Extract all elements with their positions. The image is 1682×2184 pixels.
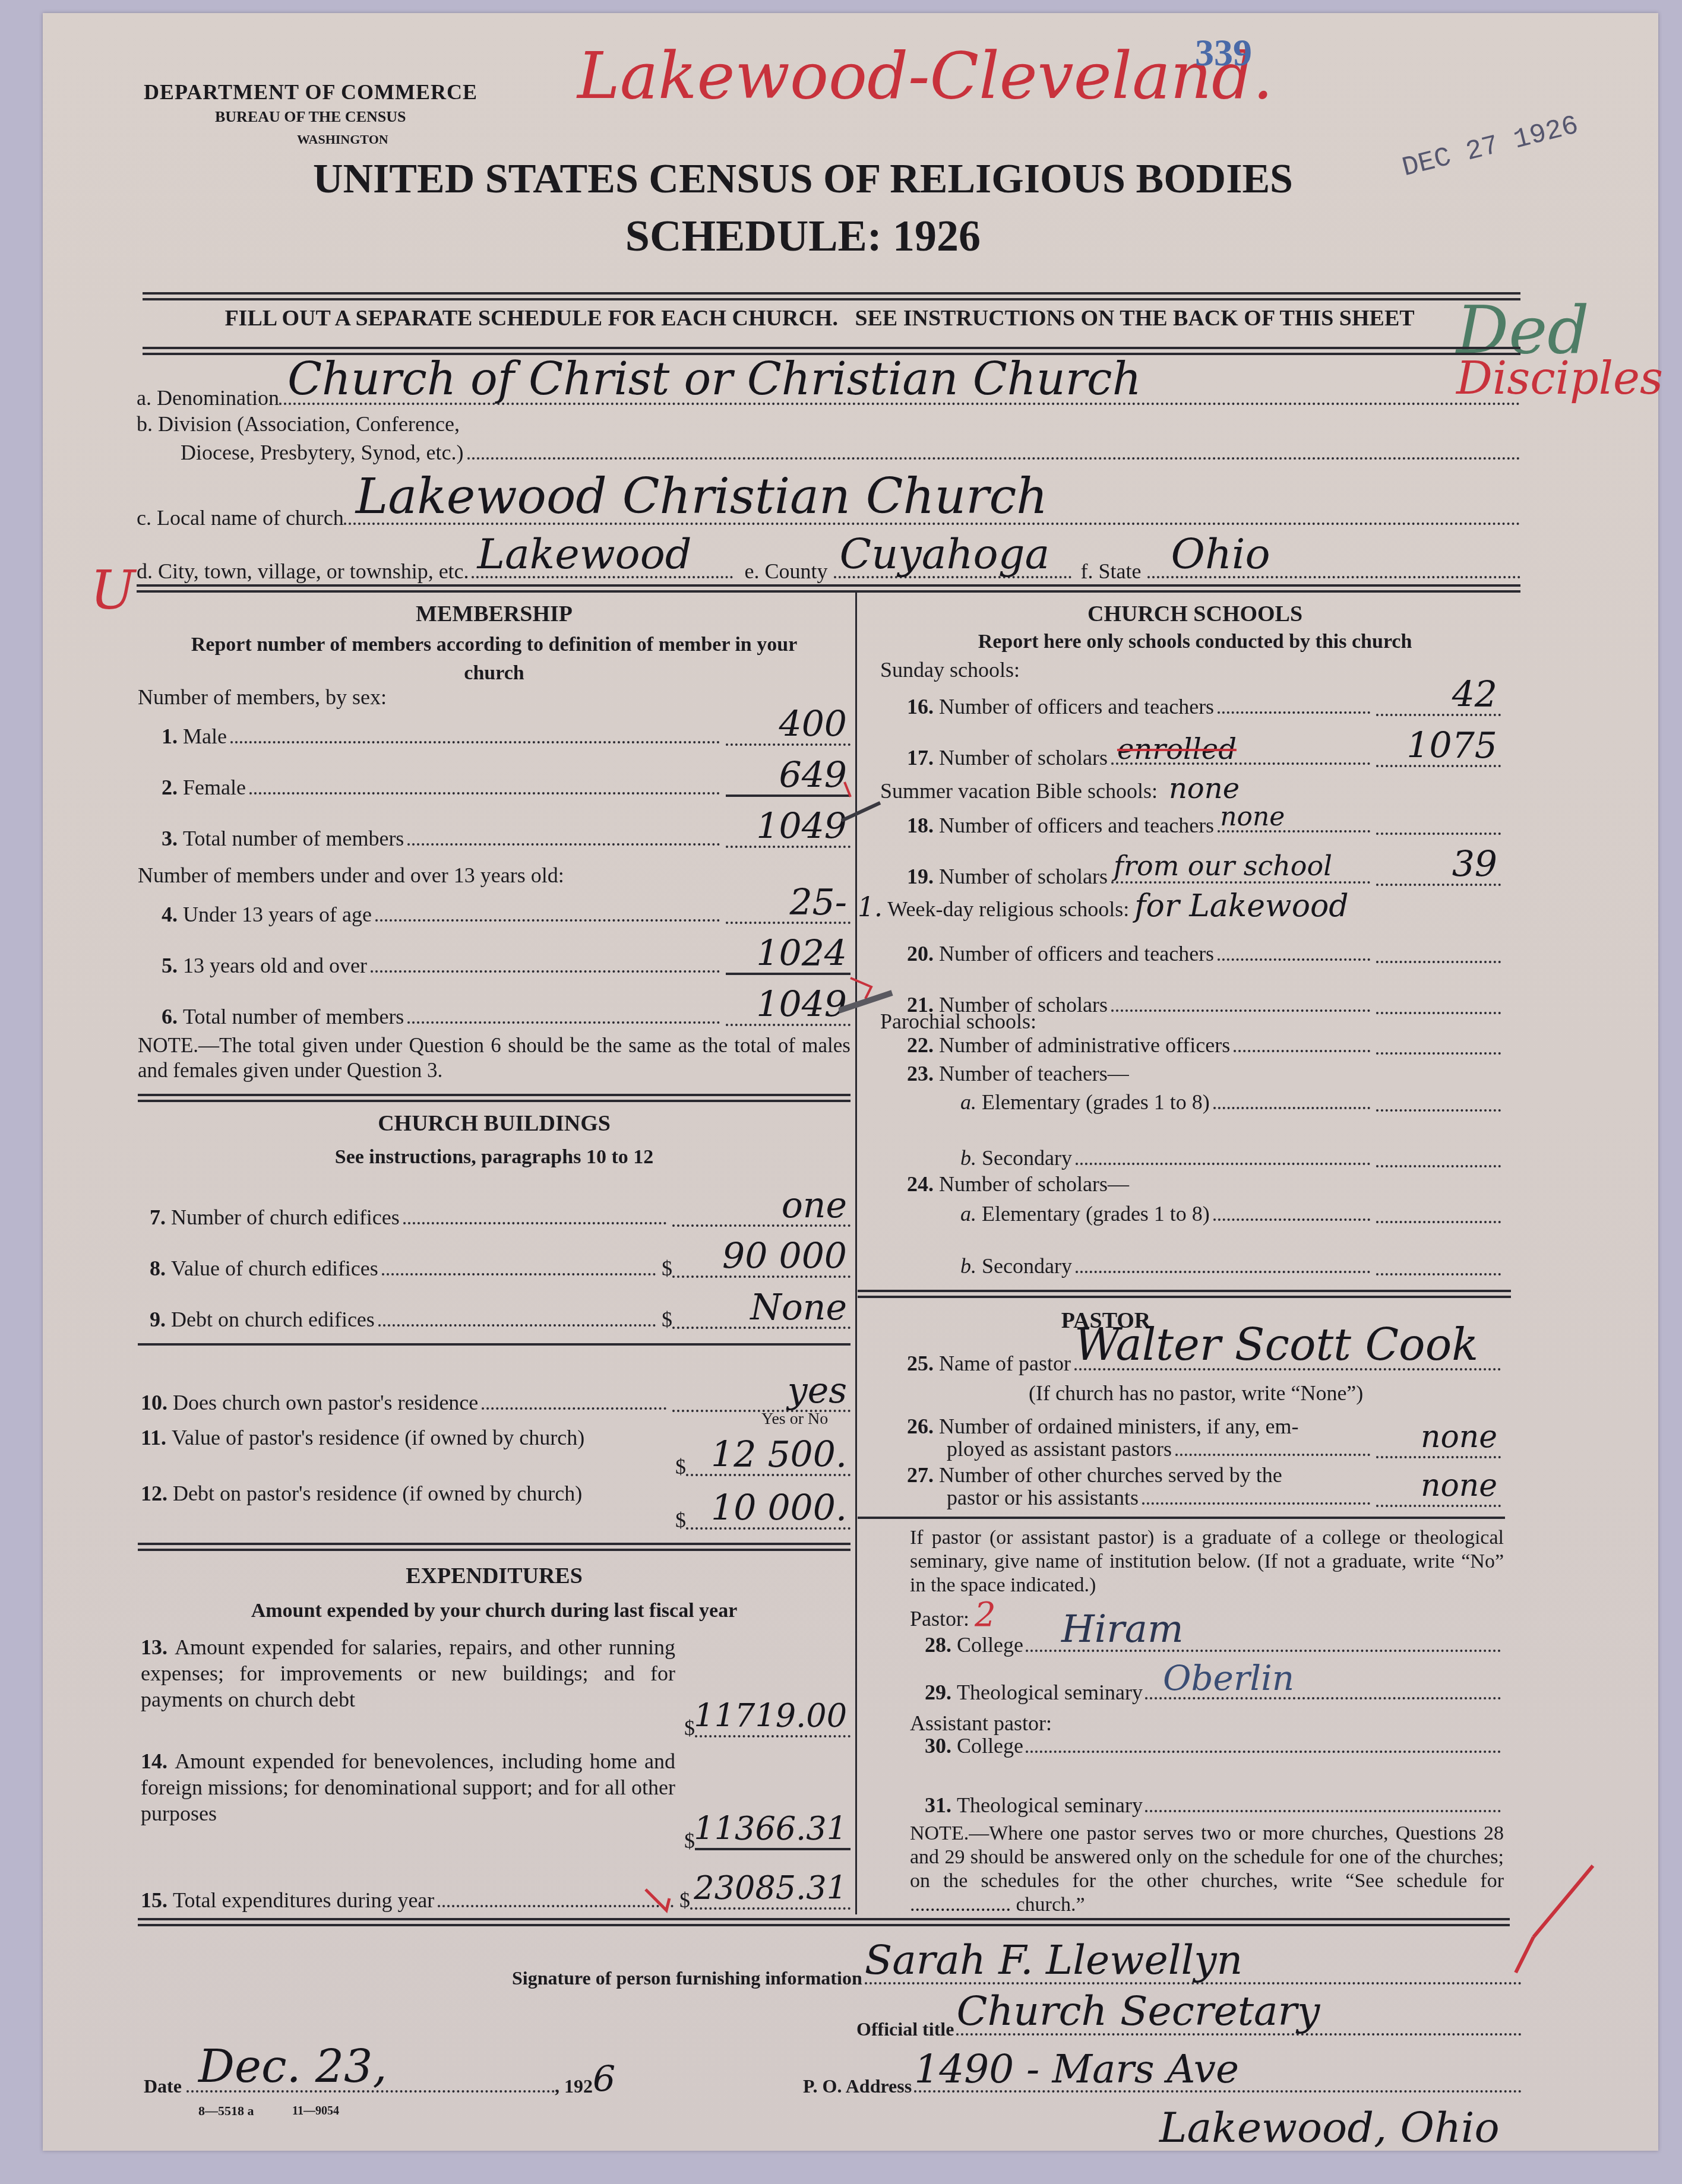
item-label: Elementary (grades 1 to 8) xyxy=(982,1201,1210,1227)
item-label: Debt on pastor's residence (if owned by … xyxy=(173,1482,582,1505)
running-expenses-field[interactable]: 11719.00 xyxy=(695,1709,851,1737)
edifices-debt-value: None xyxy=(750,1290,847,1325)
item-label: Value of pastor's residence (if owned by… xyxy=(172,1426,584,1449)
school-row-23a: a. Elementary (grades 1 to 8) xyxy=(960,1080,1501,1115)
school-row-17: 17. Number of scholars enrolled 1075 xyxy=(907,723,1501,771)
division-label-2: Diocese, Presbytery, Synod, etc.) xyxy=(181,439,464,466)
item-number: 18. xyxy=(907,812,934,838)
item-number: 24. xyxy=(907,1172,934,1196)
item-label: Secondary xyxy=(982,1253,1072,1279)
check-mark-icon xyxy=(839,779,892,827)
divider xyxy=(138,1343,851,1346)
po-address-field[interactable]: 1490 - Mars Ave xyxy=(914,2043,1522,2093)
school-row-18: 18. Number of officers and teachers none xyxy=(907,791,1501,838)
pastor-seminary-value: Oberlin xyxy=(1163,1659,1294,1697)
item-number: 1. xyxy=(162,723,178,749)
item-number: 12. xyxy=(141,1482,167,1505)
official-title-row: Official title Church Secretary xyxy=(856,1993,1522,2040)
item-number: 7. xyxy=(150,1204,166,1230)
leader-dots xyxy=(438,1905,674,1907)
item-number: 5. xyxy=(162,952,178,979)
department-label: DEPARTMENT OF COMMERCE xyxy=(144,80,478,105)
item-number: 4. xyxy=(162,901,178,928)
item-number: 31. xyxy=(925,1792,951,1818)
building-row-debt: 9. Debt on church edifices $ None xyxy=(150,1285,851,1332)
item-label: Elementary (grades 1 to 8) xyxy=(982,1089,1210,1115)
expenditures-title: EXPENDITURES xyxy=(138,1563,851,1589)
local-name-row: c. Local name of church Lakewood Christi… xyxy=(137,466,1520,531)
item-label: pastor or his assistants xyxy=(947,1485,1139,1511)
leader-dots xyxy=(378,1324,656,1327)
residence-debt-row: $ 10 000. xyxy=(675,1498,851,1533)
member-row-total: 3. Total number of members 1049 xyxy=(162,804,851,852)
leader-dots xyxy=(1076,1163,1370,1165)
under-13-value: 25- xyxy=(789,885,847,920)
parochial-scholars-elementary-field[interactable] xyxy=(1376,1195,1501,1223)
bureau-label: BUREAU OF THE CENSUS xyxy=(215,108,406,126)
edifices-count-value: one xyxy=(782,1188,847,1223)
female-count-field[interactable]: 649 xyxy=(726,768,851,797)
leader-dots xyxy=(1142,1502,1370,1505)
total-members-field[interactable]: 1049 xyxy=(726,819,851,848)
weekday-officers-field[interactable] xyxy=(1376,935,1501,963)
member-row-13-and-over: 5. 13 years old and over 1024 xyxy=(162,931,851,979)
parochial-admin-field[interactable] xyxy=(1376,1026,1501,1055)
red-check-icon xyxy=(643,1884,690,1919)
item-number: 13. xyxy=(141,1635,167,1659)
q26-row: ployed as assistant pastors none xyxy=(947,1426,1501,1462)
male-count-field[interactable]: 400 xyxy=(726,717,851,746)
female-count-value: 649 xyxy=(779,758,847,793)
school-row-20: 20. Number of officers and teachers xyxy=(907,919,1501,967)
edifices-debt-field[interactable]: None xyxy=(672,1300,851,1329)
leader-dots xyxy=(482,1407,666,1410)
building-row-edifices: 7. Number of church edifices one xyxy=(150,1183,851,1230)
item-label: Male xyxy=(183,723,227,749)
item-number: 19. xyxy=(907,863,934,890)
leader-dots xyxy=(230,741,720,743)
item-number: 10. xyxy=(141,1389,167,1416)
expense-13-label: 13. Amount expended for salaries, repair… xyxy=(141,1634,675,1713)
item-number: 17. xyxy=(907,745,934,771)
leader-dots xyxy=(1175,1454,1370,1456)
item-number: 15. xyxy=(141,1887,167,1913)
local-name-value: Lakewood Christian Church xyxy=(356,471,1048,523)
item-label: Value of church edifices xyxy=(171,1255,378,1281)
leader-dots xyxy=(1218,958,1370,961)
member-row-total-2: 6. Total number of members 1049 xyxy=(162,982,851,1030)
item-label: Number of scholars xyxy=(939,745,1108,771)
church-schools-title: CHURCH SCHOOLS xyxy=(868,601,1522,627)
city-value: Lakewood xyxy=(478,532,692,576)
pastor-note: NOTE.—Where one pastor serves two or mor… xyxy=(910,1822,1504,1917)
building-row-owns-residence: 10. Does church own pastor's residence y… xyxy=(141,1368,851,1416)
leader-dots xyxy=(1234,1050,1370,1052)
item-label: College xyxy=(957,1632,1023,1658)
state-label: f. State xyxy=(1081,558,1142,584)
membership-note: NOTE.—The total given under Question 6 s… xyxy=(138,1033,851,1083)
item-label: Theological seminary xyxy=(957,1792,1143,1818)
item-label: Female xyxy=(183,774,246,800)
item-label: Theological seminary xyxy=(957,1679,1143,1705)
po-address-label: P. O. Address xyxy=(803,2075,912,2097)
membership-subtitle: Report number of members according to de… xyxy=(167,631,821,688)
form-number: 8—5518 a xyxy=(198,2103,254,2119)
item-label: Secondary xyxy=(982,1145,1072,1171)
item-label: Number of scholars xyxy=(939,863,1108,890)
summer-scholars-value: 39 xyxy=(1452,847,1497,882)
edifices-value-field[interactable]: 90 000 xyxy=(672,1249,851,1278)
weekday-scholars-field[interactable] xyxy=(1376,986,1501,1014)
school-row-24a: a. Elementary (grades 1 to 8) xyxy=(960,1191,1501,1227)
red-disciples-note: Disciples xyxy=(1456,352,1663,404)
leader-dots xyxy=(375,919,720,922)
church-schools-subtitle: Report here only schools conducted by th… xyxy=(868,631,1522,653)
item-number: 20. xyxy=(907,941,934,967)
dollar-sign: $ xyxy=(684,1828,695,1854)
member-row-under13: 4. Under 13 years of age 25- xyxy=(162,880,851,928)
pastor-name-field[interactable]: Walter Scott Cook xyxy=(1074,1327,1501,1370)
parochial-scholars-secondary-field[interactable] xyxy=(1376,1247,1501,1275)
no-pastor-hint: (If church has no pastor, write “None”) xyxy=(1029,1380,1363,1406)
received-date-stamp: DEC 27 1926 xyxy=(1399,110,1582,183)
denomination-label: a. Denomination xyxy=(137,385,279,411)
pastor-college-field[interactable]: Hiram xyxy=(1026,1614,1501,1652)
total-members-value: 1049 xyxy=(756,809,847,844)
dollar-sign: $ xyxy=(662,1255,672,1281)
residence-debt-value: 10 000. xyxy=(711,1490,847,1526)
benevolences-value: 11366.31 xyxy=(694,1811,847,1847)
state-value: Ohio xyxy=(1171,532,1270,576)
over-13-value: 1024 xyxy=(756,936,847,971)
item-label: 13 years old and over xyxy=(183,952,367,979)
running-expenses-value: 11719.00 xyxy=(694,1698,847,1734)
dollar-sign: $ xyxy=(662,1306,672,1332)
item-number: 14. xyxy=(141,1749,167,1773)
building-row-value: 8. Value of church edifices $ 90 000 xyxy=(150,1234,851,1281)
item-label: Total expenditures during year xyxy=(173,1887,434,1913)
school-row-24b: b. Secondary xyxy=(960,1243,1501,1279)
leader-dots xyxy=(407,843,720,846)
from-our-school-note: from our school xyxy=(1114,853,1332,879)
division-row: Diocese, Presbytery, Synod, etc.) xyxy=(181,436,1520,466)
signature-row: Signature of person furnishing informati… xyxy=(512,1942,1522,1989)
struck-enrolled-note: enrolled xyxy=(1117,736,1237,762)
weekday-schools-label: 1. Week-day religious schools: for Lakew… xyxy=(858,893,1349,922)
total-expenditures-field[interactable]: 23085.31 xyxy=(690,1881,851,1910)
dollar-sign: $ xyxy=(675,1454,686,1480)
denomination-value: Church of Christ or Christian Church xyxy=(287,355,1142,403)
member-row-male: 1. Male 400 xyxy=(162,702,851,749)
item-number: b. xyxy=(960,1253,976,1279)
item-number: 29. xyxy=(925,1679,951,1705)
leader-dots xyxy=(1213,1218,1370,1221)
item-number: 25. xyxy=(907,1350,934,1376)
date-field[interactable]: Dec. 23, xyxy=(186,2043,555,2093)
print-number: 11—9054 xyxy=(292,2104,339,2118)
expense-15-row: 15. Total expenditures during year $ 230… xyxy=(141,1872,851,1913)
sunday-officers-field[interactable]: 42 xyxy=(1376,688,1501,716)
leader-dots: enrolled xyxy=(1111,762,1370,765)
item-label: Number of officers and teachers xyxy=(939,812,1214,838)
county-value: Cuyahoga xyxy=(840,532,1050,576)
school-row-16: 16. Number of officers and teachers 42 xyxy=(907,672,1501,720)
date-year-prefix: , 192 xyxy=(555,2075,593,2097)
item-number: 22. xyxy=(907,1032,934,1058)
sunday-scholars-field[interactable]: 1075 xyxy=(1376,739,1501,767)
item-number: 3. xyxy=(162,825,178,852)
po-address-value: 1490 - Mars Ave xyxy=(914,2049,1239,2090)
school-row-19: 19. Number of scholars from our school 3… xyxy=(907,842,1501,890)
county-field[interactable]: Cuyahoga xyxy=(834,540,1071,578)
address-line-2: Lakewood, Ohio xyxy=(1159,2103,1500,2152)
q28-row: 28. College Hiram xyxy=(925,1616,1501,1658)
official-title-label: Official title xyxy=(856,2018,954,2040)
date-year-suffix[interactable]: 6 xyxy=(593,2062,615,2097)
red-margin-mark: U xyxy=(90,559,135,622)
none-note: none xyxy=(1220,804,1285,830)
parochial-teachers-secondary-field[interactable] xyxy=(1376,1139,1501,1167)
q27-row: pastor or his assistants none xyxy=(947,1475,1501,1511)
leader-dots xyxy=(403,1222,666,1224)
other-churches-field[interactable]: none xyxy=(1376,1479,1501,1507)
for-lakewood-note: for Lakewood xyxy=(1134,888,1348,924)
county-label: e. County xyxy=(745,558,828,584)
expense-14-label: 14. Amount expended for benevolences, in… xyxy=(141,1748,675,1827)
leader-dots xyxy=(1218,711,1370,714)
red-check-icon xyxy=(1510,1860,1599,1990)
edifices-count-field[interactable]: one xyxy=(672,1198,851,1227)
pastor-seminary-field[interactable]: Oberlin xyxy=(1145,1661,1501,1699)
item-number: 30. xyxy=(925,1733,951,1759)
washington-label: WASHINGTON xyxy=(297,132,388,147)
divider xyxy=(138,1094,851,1102)
blue-file-number: 339 xyxy=(1195,31,1252,75)
denomination-field[interactable]: Church of Christ or Christian Church xyxy=(279,403,1520,405)
item-number: 9. xyxy=(150,1306,166,1332)
signature-label: Signature of person furnishing informati… xyxy=(512,1967,862,1989)
item-number: 8. xyxy=(150,1255,166,1281)
weekday-margin-mark: 1. xyxy=(858,892,883,923)
division-field[interactable] xyxy=(467,439,1520,460)
date-label: Date xyxy=(144,2075,182,2097)
signature-field[interactable]: Sarah F. Llewellyn xyxy=(865,1941,1522,1984)
member-row-female: 2. Female 649 xyxy=(162,753,851,800)
schedule-year: SCHEDULE: 1926 xyxy=(280,211,1326,262)
leader-dots xyxy=(1076,1271,1370,1273)
local-name-label: c. Local name of church xyxy=(137,505,344,531)
pastor-college-value: Hiram xyxy=(1061,1609,1184,1650)
leader-dots xyxy=(1213,1107,1370,1109)
residence-debt-field[interactable]: 10 000. xyxy=(686,1501,851,1530)
denomination-row: a. Denomination Church of Christ or Chri… xyxy=(137,352,1520,411)
leader-dots xyxy=(407,1021,720,1024)
parochial-teachers-elementary-field[interactable] xyxy=(1376,1083,1501,1112)
assistant-ministers-value: none xyxy=(1421,1419,1497,1455)
date-row: Date Dec. 23, , 192 6 xyxy=(144,2044,726,2097)
item-number: a. xyxy=(960,1201,976,1227)
item-number: 16. xyxy=(907,694,934,720)
item-label: College xyxy=(957,1733,1023,1759)
expenditures-subtitle: Amount expended by your church during la… xyxy=(138,1600,851,1622)
residence-value-value: 12 500. xyxy=(711,1437,847,1473)
weekday-label-text: Week-day religious schools: xyxy=(887,897,1129,921)
address-row: P. O. Address 1490 - Mars Ave xyxy=(803,2044,1522,2097)
item-number: 11. xyxy=(141,1426,166,1449)
dollar-sign: $ xyxy=(684,1715,695,1741)
leader-dots xyxy=(382,1273,656,1275)
q31-row: 31. Theological seminary xyxy=(925,1783,1501,1818)
form-title: UNITED STATES CENSUS OF RELIGIOUS BODIES xyxy=(280,156,1326,203)
owns-residence-value: yes xyxy=(788,1373,847,1408)
membership-title: MEMBERSHIP xyxy=(138,601,851,627)
item-label: Number of administrative officers xyxy=(939,1032,1230,1058)
item-label: Number of officers and teachers xyxy=(939,941,1214,967)
instruction-banner: FILL OUT A SEPARATE SCHEDULE FOR EACH CH… xyxy=(143,305,1497,331)
buildings-title: CHURCH BUILDINGS xyxy=(138,1110,851,1137)
check-mark-icon xyxy=(839,975,904,1023)
other-churches-value: none xyxy=(1421,1468,1497,1504)
local-name-field[interactable]: Lakewood Christian Church xyxy=(344,523,1520,525)
red-location-annotation: Lakewood-Cleveland. xyxy=(577,44,1273,109)
leader-dots: from our school xyxy=(1111,881,1370,884)
residence-value-field[interactable]: 12 500. xyxy=(686,1448,851,1476)
official-title-field[interactable]: Church Secretary xyxy=(956,1992,1522,2036)
school-row-22: 22. Number of administrative officers xyxy=(907,1023,1501,1058)
date-value: Dec. 23, xyxy=(198,2043,387,2090)
under-13-field[interactable]: 25- xyxy=(726,895,851,924)
total-expenditures-value: 23085.31 xyxy=(694,1870,847,1906)
q29-row: 29. Theological seminary Oberlin xyxy=(925,1658,1501,1705)
item-label: Number of officers and teachers xyxy=(939,694,1214,720)
residence-value-row: $ 12 500. xyxy=(675,1444,851,1480)
sunday-officers-value: 42 xyxy=(1452,677,1497,713)
location-row: d. City, town, village, or township, etc… xyxy=(137,531,1520,584)
item-number: 2. xyxy=(162,774,178,800)
item-number: 26. xyxy=(907,1414,934,1438)
summer-officers-field[interactable] xyxy=(1376,806,1501,835)
benevolences-field[interactable]: 11366.31 xyxy=(695,1822,851,1850)
item-label: Amount expended for salaries, repairs, a… xyxy=(141,1635,675,1711)
expense-13-row: $ 11719.00 xyxy=(684,1705,851,1741)
divider xyxy=(143,292,1520,300)
item-label: Number of church edifices xyxy=(171,1204,400,1230)
official-title-value: Church Secretary xyxy=(956,1990,1320,2033)
assistant-college-field[interactable] xyxy=(1026,1727,1501,1753)
q30-row: 30. College xyxy=(925,1723,1501,1759)
divider xyxy=(138,1918,1510,1926)
edifices-value-value: 90 000 xyxy=(722,1239,847,1274)
city-label: d. City, town, village, or township, etc… xyxy=(137,558,469,584)
leader-dots xyxy=(249,792,720,795)
total-members-2-value: 1049 xyxy=(756,987,847,1023)
item-number: 28. xyxy=(925,1632,951,1658)
owns-residence-field[interactable]: yes xyxy=(672,1384,851,1412)
divider xyxy=(138,1543,851,1551)
school-row-23b: b. Secondary xyxy=(960,1135,1501,1171)
city-field[interactable]: Lakewood xyxy=(472,540,733,578)
expense-14-row: $ 11366.31 xyxy=(684,1818,851,1854)
divider xyxy=(858,1517,1505,1519)
item-number: 27. xyxy=(907,1463,934,1487)
summer-scholars-field[interactable]: 39 xyxy=(1376,857,1501,886)
sunday-scholars-value: 1075 xyxy=(1406,728,1497,764)
residence-debt-label: 12. Debt on pastor's residence (if owned… xyxy=(141,1480,681,1507)
residence-value-label: 11. Value of pastor's residence (if owne… xyxy=(141,1424,681,1451)
item-number: a. xyxy=(960,1089,976,1115)
pastor-name-value: Walter Scott Cook xyxy=(1074,1322,1478,1368)
education-intro: If pastor (or assistant pastor) is a gra… xyxy=(910,1526,1504,1597)
division-label-1: b. Division (Association, Conference, xyxy=(137,411,460,437)
total-members-2-field[interactable]: 1049 xyxy=(726,998,851,1026)
item-number: 23. xyxy=(907,1062,934,1085)
item-label: Debt on church edifices xyxy=(171,1306,375,1332)
buildings-subtitle: See instructions, paragraphs 10 to 12 xyxy=(138,1146,851,1169)
leader-dots xyxy=(1111,1009,1370,1012)
item-label: Total number of members xyxy=(183,1004,404,1030)
dollar-sign: $ xyxy=(675,1507,686,1533)
leader-dots: none xyxy=(1218,830,1370,833)
male-count-value: 400 xyxy=(779,707,847,742)
item-label: Name of pastor xyxy=(939,1350,1071,1376)
assistant-seminary-field[interactable] xyxy=(1145,1786,1501,1812)
divider xyxy=(858,1290,1511,1298)
item-label: ployed as assistant pastors xyxy=(947,1436,1172,1462)
pastor-name-row: 25. Name of pastor Walter Scott Cook xyxy=(907,1329,1501,1376)
item-label: Total number of members xyxy=(183,825,404,852)
item-number: b. xyxy=(960,1145,976,1171)
signature-value: Sarah F. Llewellyn xyxy=(865,1939,1243,1982)
item-label: Under 13 years of age xyxy=(183,901,372,928)
leader-dots xyxy=(371,970,720,973)
divider xyxy=(137,584,1520,593)
item-label: Does church own pastor's residence xyxy=(173,1389,478,1416)
over-13-field[interactable]: 1024 xyxy=(726,947,851,975)
yes-or-no-hint: Yes or No xyxy=(761,1410,828,1429)
census-schedule-sheet: DEPARTMENT OF COMMERCE BUREAU OF THE CEN… xyxy=(43,13,1658,2151)
item-number: 6. xyxy=(162,1004,178,1030)
state-field[interactable]: Ohio xyxy=(1147,540,1520,578)
item-label: Amount expended for benevolences, includ… xyxy=(141,1749,675,1825)
assistant-ministers-field[interactable]: none xyxy=(1376,1430,1501,1458)
